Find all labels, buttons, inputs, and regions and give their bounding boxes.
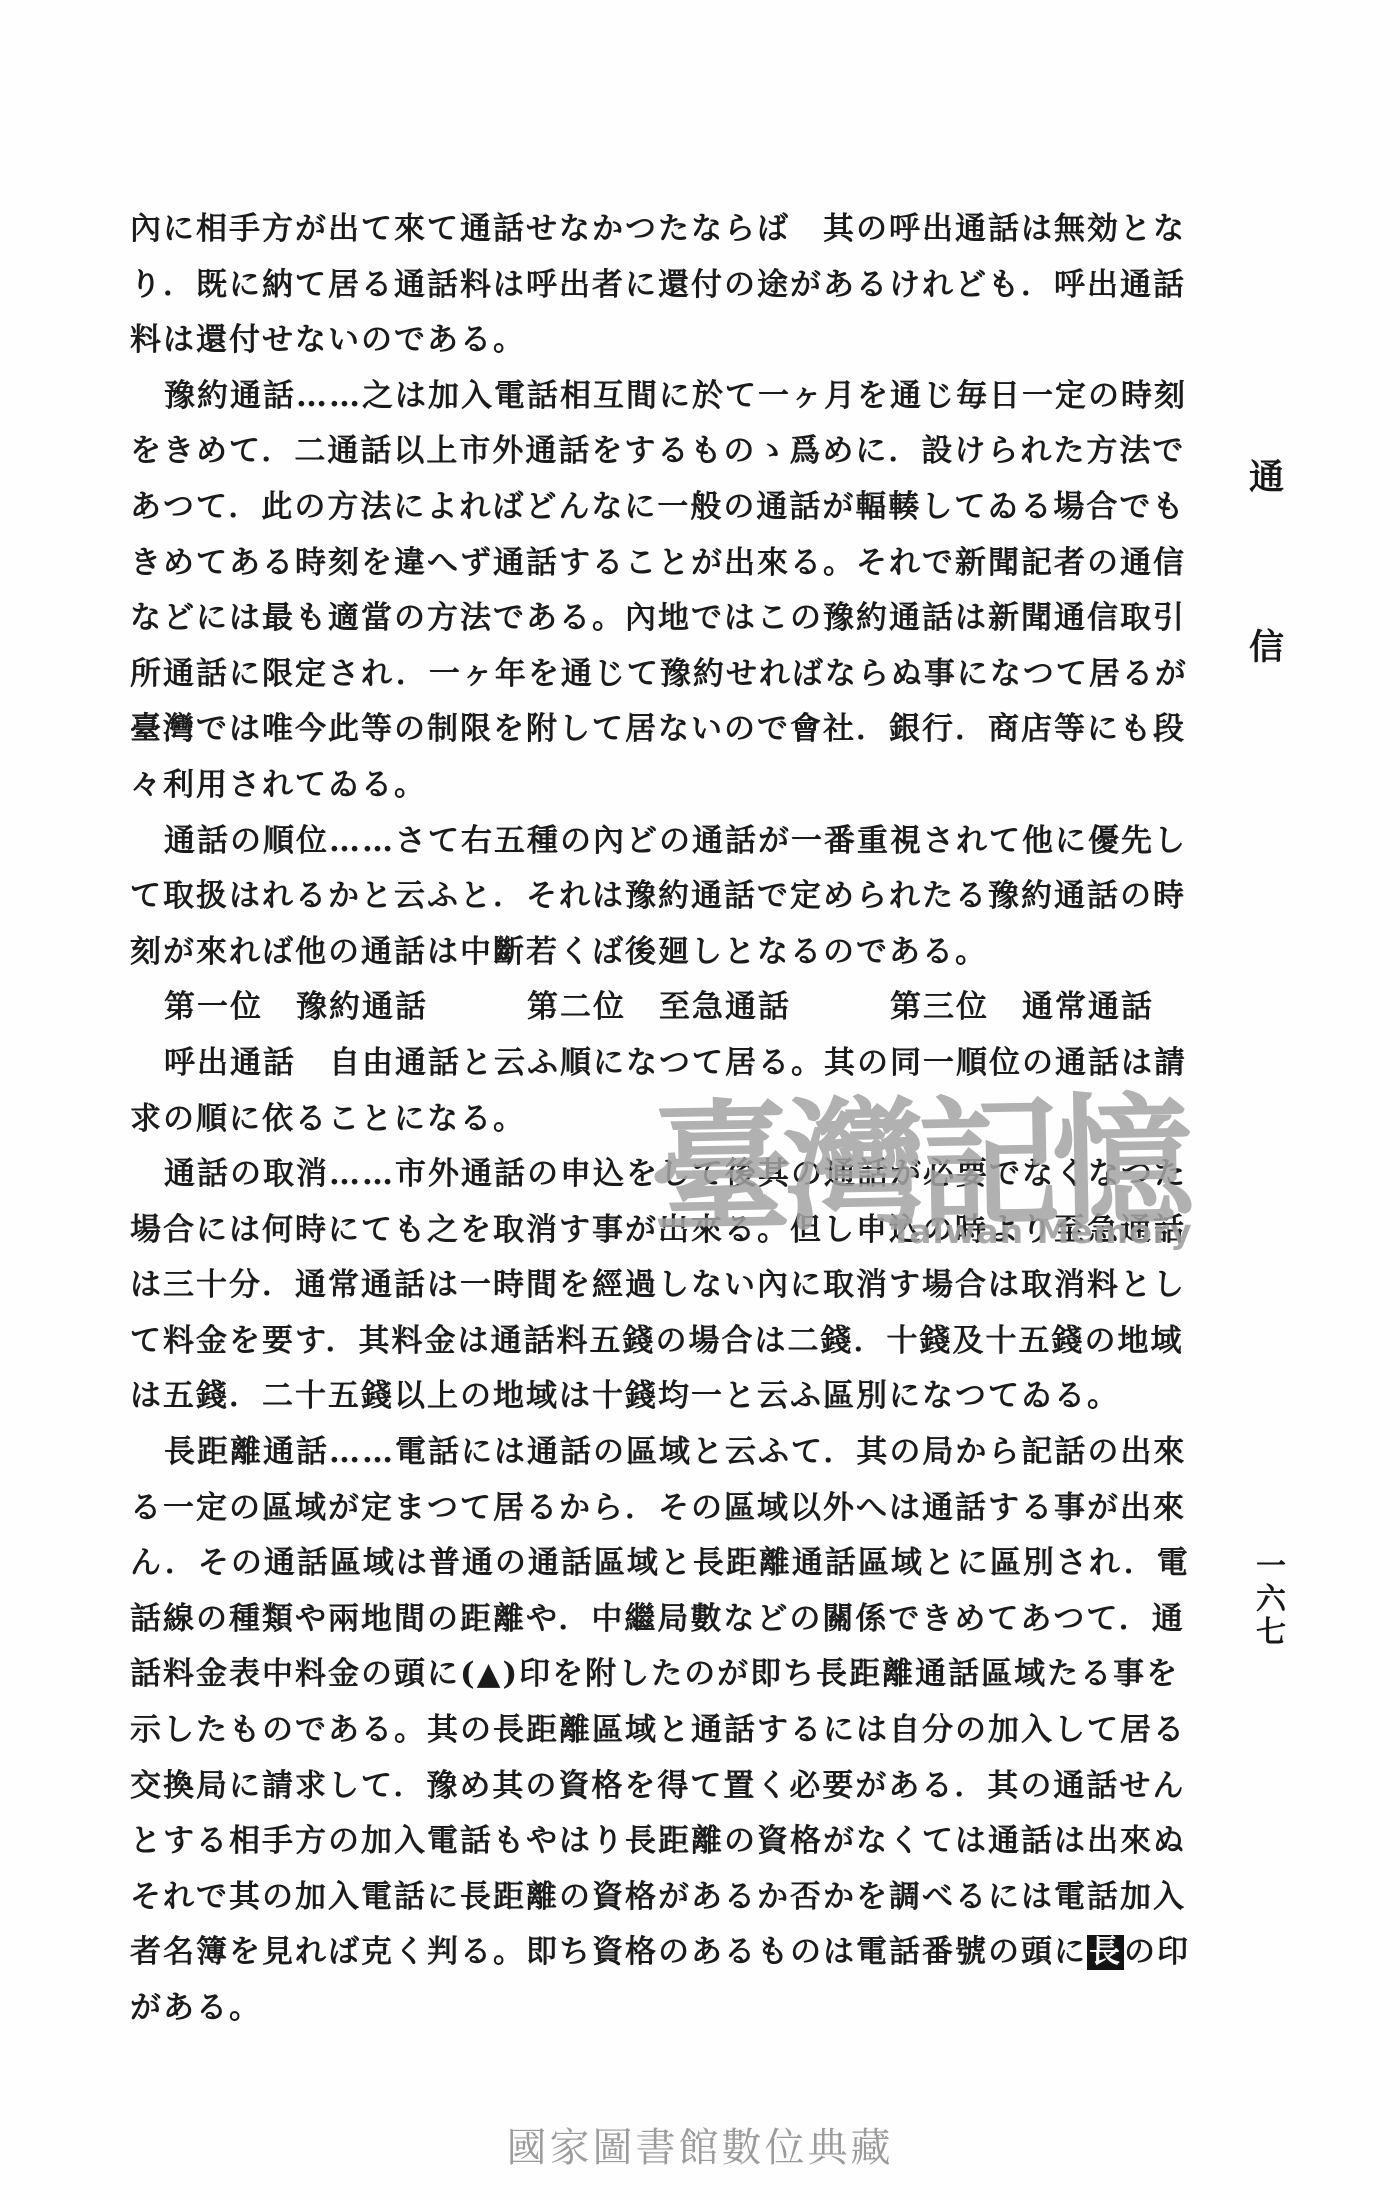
text-line: 示したものである。其の長距離區域と通話するには自分の加入して居る — [130, 1703, 1240, 1759]
text-line: 刻が來れば他の通話は中斷若くば後廻しとなるのである。 — [130, 925, 1240, 981]
text-line: をきめて．二通話以上市外通話をするものゝ爲めに．設けられた方法で — [130, 424, 1240, 480]
text-line: 者名簿を見れば克く判る。即ち資格のあるものは電話番號の頭に長の印 — [130, 1925, 1240, 1981]
text-line: は五錢．二十五錢以上の地域は十錢均一と云ふ區別になつてゐる。 — [130, 1369, 1240, 1425]
text-line: て料金を要す．其料金は通話料五錢の場合は二錢．十錢及十五錢の地域 — [130, 1314, 1240, 1370]
text-line: り．既に納て居る通話料は呼出者に還付の途があるけれども．呼出通話 — [130, 258, 1240, 314]
text-line: 話料金表中料金の頭に(▲)印を附したのが即ち長距離通話區域たる事を — [130, 1647, 1240, 1703]
text-line: 料は還付せないのである。 — [130, 313, 1240, 369]
text-line: 々利用されてゐる。 — [130, 758, 1240, 814]
boxed-long-distance-mark: 長 — [1087, 1935, 1124, 1969]
page-number: 一 六 七 — [1256, 1550, 1286, 1649]
footer-archive-credit: 國家圖書館數位典藏 — [0, 2116, 1400, 2173]
text-line: とする相手方の加入電話もやはり長距離の資格がなくては通話は出來ぬ — [130, 1814, 1240, 1870]
text-line: 所通話に限定され．一ヶ年を通じて豫約せればならぬ事になつて居るが — [130, 647, 1240, 703]
text-line: 豫約通話……之は加入電話相互間に於て一ヶ月を通じ毎日一定の時刻 — [130, 369, 1240, 425]
text-line: 交換局に請求して．豫め其の資格を得て置く必要がある．其の通話せん — [130, 1759, 1240, 1815]
margin-chapter-title: 通 信 — [1249, 460, 1284, 665]
text-line: 臺灣では唯今此等の制限を附して居ないので會社．銀行．商店等にも段 — [130, 702, 1240, 758]
text-line: 長距離通話……電話には通話の區域と云ふて．其の局から記話の出來 — [130, 1425, 1240, 1481]
text-line: 第一位 豫約通話 第二位 至急通話 第三位 通常通話 — [130, 980, 1240, 1036]
text-line: ん．その通話區域は普通の通話區域と長距離通話區域とに區別され．電 — [130, 1536, 1240, 1592]
text-line: る一定の區域が定まつて居るから．その區域以外へは通話する事が出來 — [130, 1481, 1240, 1537]
watermark-taiwan-memory-latin: Taiwan Memory — [890, 1212, 1193, 1251]
text-line: 話線の種類や兩地間の距離や．中繼局數などの關係できめてあつて．通 — [130, 1592, 1240, 1648]
margin-title-char: 信 — [1249, 630, 1284, 665]
text-line: は三十分．通常通話は一時間を經過しない內に取消す場合は取消料とし — [130, 1258, 1240, 1314]
text-line: 通話の順位……さて右五種の內どの通話が一番重視されて他に優先し — [130, 814, 1240, 870]
text-line: て取扱はれるかと云ふと．それは豫約通話で定められたる豫約通話の時 — [130, 869, 1240, 925]
margin-title-char: 通 — [1249, 460, 1284, 495]
text-line: あつて．此の方法によればどんなに一般の通話が輻輳してゐる場合でも — [130, 480, 1240, 536]
text-line: などには最も適當の方法である。內地ではこの豫約通話は新聞通信取引 — [130, 591, 1240, 647]
text-line: きめてある時刻を違へず通話することが出來る。それで新聞記者の通信 — [130, 536, 1240, 592]
scanned-book-page: 內に相手方が出て來て通話せなかつたならば 其の呼出通話は無効となり．既に納て居る… — [0, 0, 1400, 2200]
page-number-char: 一 — [1256, 1550, 1286, 1583]
text-line: 內に相手方が出て來て通話せなかつたならば 其の呼出通話は無効とな — [130, 202, 1240, 258]
text-line: がある。 — [130, 1981, 1240, 2037]
page-number-char: 七 — [1256, 1616, 1286, 1649]
page-number-char: 六 — [1256, 1583, 1286, 1616]
text-line: それで其の加入電話に長距離の資格があるか否かを調べるには電話加入 — [130, 1870, 1240, 1926]
